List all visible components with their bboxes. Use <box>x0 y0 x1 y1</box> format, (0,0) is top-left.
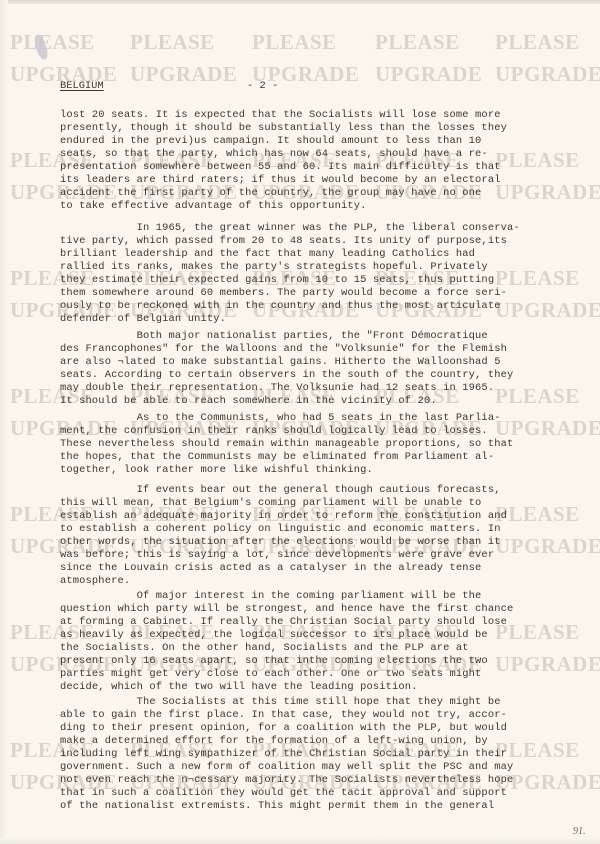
text-line: not even reach the n¬cessary majority. T… <box>60 774 580 787</box>
watermark-text: PLEASE <box>10 30 95 55</box>
text-line: The Socialists at this time still hope t… <box>60 696 580 709</box>
watermark-text: UPGRADE <box>375 62 482 87</box>
text-line: In 1965, the great winner was the PLP, t… <box>60 222 580 235</box>
watermark-text: PLEASE <box>495 30 580 55</box>
text-line: It should be able to reach somewhere in … <box>60 395 580 408</box>
text-line: other words, the situation after the ele… <box>60 536 580 549</box>
watermark-text: PLEASE <box>130 30 215 55</box>
paragraph-6: Of major interest in the coming parliame… <box>60 590 580 694</box>
text-line: ding to their present opinion, for a coa… <box>60 722 580 735</box>
text-line: lost 20 seats. It is expected that the S… <box>60 109 580 122</box>
text-line: them somewhere around 60 members. The pa… <box>60 287 580 300</box>
text-line: together, look rather more like wishful … <box>60 464 580 477</box>
text-line: accident the first party of the country,… <box>60 187 580 200</box>
text-line: des Francophones" for the Walloons and t… <box>60 343 580 356</box>
header-country: BELGIUM <box>60 80 104 93</box>
paragraph-5: If events bear out the general though ca… <box>60 484 580 588</box>
paragraph-3: Both major nationalist parties, the "Fro… <box>60 330 580 408</box>
folio-number: 91. <box>573 826 586 837</box>
paragraph-7: The Socialists at this time still hope t… <box>60 696 580 813</box>
text-line: may double their representation. The Vol… <box>60 382 580 395</box>
text-line: that in such a coalition they would get … <box>60 787 580 800</box>
watermark-text: PLEASE <box>252 30 337 55</box>
text-line: able to gain the first place. In that ca… <box>60 709 580 722</box>
text-line: parties might get very close to each oth… <box>60 668 580 681</box>
watermark-text: UPGRADE <box>495 62 600 87</box>
text-line: endured in the previ)us campaign. It sho… <box>60 135 580 148</box>
text-line: These nevertheless should remain within … <box>60 438 580 451</box>
text-line: ously to be reckoned with in the country… <box>60 300 580 313</box>
text-line: ment, the confusion in their ranks shoul… <box>60 425 580 438</box>
text-line: its leaders are third raters; if thus it… <box>60 174 580 187</box>
text-line: If events bear out the general though ca… <box>60 484 580 497</box>
text-line: the hopes, that the Communists may be el… <box>60 451 580 464</box>
paragraph-1: lost 20 seats. It is expected that the S… <box>60 109 580 213</box>
text-line: to take effective advantage of this oppo… <box>60 200 580 213</box>
text-line: they estimate their expected gains from … <box>60 274 580 287</box>
watermark-text: UPGRADE <box>130 62 237 87</box>
text-line: seats. According to certain observers in… <box>60 369 580 382</box>
paragraph-4: As to the Communists, who had 5 seats in… <box>60 412 580 477</box>
text-line: the Socialists. On the other hand, Socia… <box>60 642 580 655</box>
page-left-edge <box>0 0 8 844</box>
text-line: Of major interest in the coming parliame… <box>60 590 580 603</box>
text-line: rallied its ranks, makes the party's str… <box>60 261 580 274</box>
text-line: presentation somewhere between 55 and 60… <box>60 161 580 174</box>
page-top-edge <box>0 0 600 4</box>
text-line: present only 16 seats apart, so that int… <box>60 655 580 668</box>
text-line: As to the Communists, who had 5 seats in… <box>60 412 580 425</box>
text-line: atmosphere. <box>60 575 580 588</box>
page-marker: - 2 - <box>247 80 278 93</box>
document-page: PLEASEUPGRADEPLEASEUPGRADEPLEASEUPGRADEP… <box>0 0 600 844</box>
text-line: make a determined effort for the formati… <box>60 735 580 748</box>
text-line: Both major nationalist parties, the "Fro… <box>60 330 580 343</box>
text-line: brilliant leadership and the fact that m… <box>60 248 580 261</box>
text-line: tive party, which passed from 20 to 48 s… <box>60 235 580 248</box>
text-line: presently, though it should be substanti… <box>60 122 580 135</box>
text-line: as heavily as expected, the logical succ… <box>60 629 580 642</box>
text-line: are also ¬lated to make substantial gain… <box>60 356 580 369</box>
text-line: to establish a coherent policy on lingui… <box>60 523 580 536</box>
text-line: including left wing sympathizer of the C… <box>60 748 580 761</box>
watermark-text: PLEASE <box>375 30 460 55</box>
ink-smudge <box>32 33 50 61</box>
text-line: establish an adequate majority in order … <box>60 510 580 523</box>
text-line: at forming a Cabinet. If really the Chri… <box>60 616 580 629</box>
text-line: defender of Belgian unity. <box>60 313 580 326</box>
text-line: seats, so that the party, which has now … <box>60 148 580 161</box>
text-line: was before; this is saying a lot, since … <box>60 549 580 562</box>
text-line: government. Such a new form of coalition… <box>60 761 580 774</box>
text-line: this will mean, that Belgium's coming pa… <box>60 497 580 510</box>
text-line: decide, which of the two will have the l… <box>60 681 580 694</box>
page-bottom-edge <box>0 838 600 844</box>
text-line: question which party will be strongest, … <box>60 603 580 616</box>
paragraph-2: In 1965, the great winner was the PLP, t… <box>60 222 580 326</box>
text-line: since the Louvain crisis acted as a cata… <box>60 562 580 575</box>
text-line: of the nationalist extremists. This migh… <box>60 800 580 813</box>
